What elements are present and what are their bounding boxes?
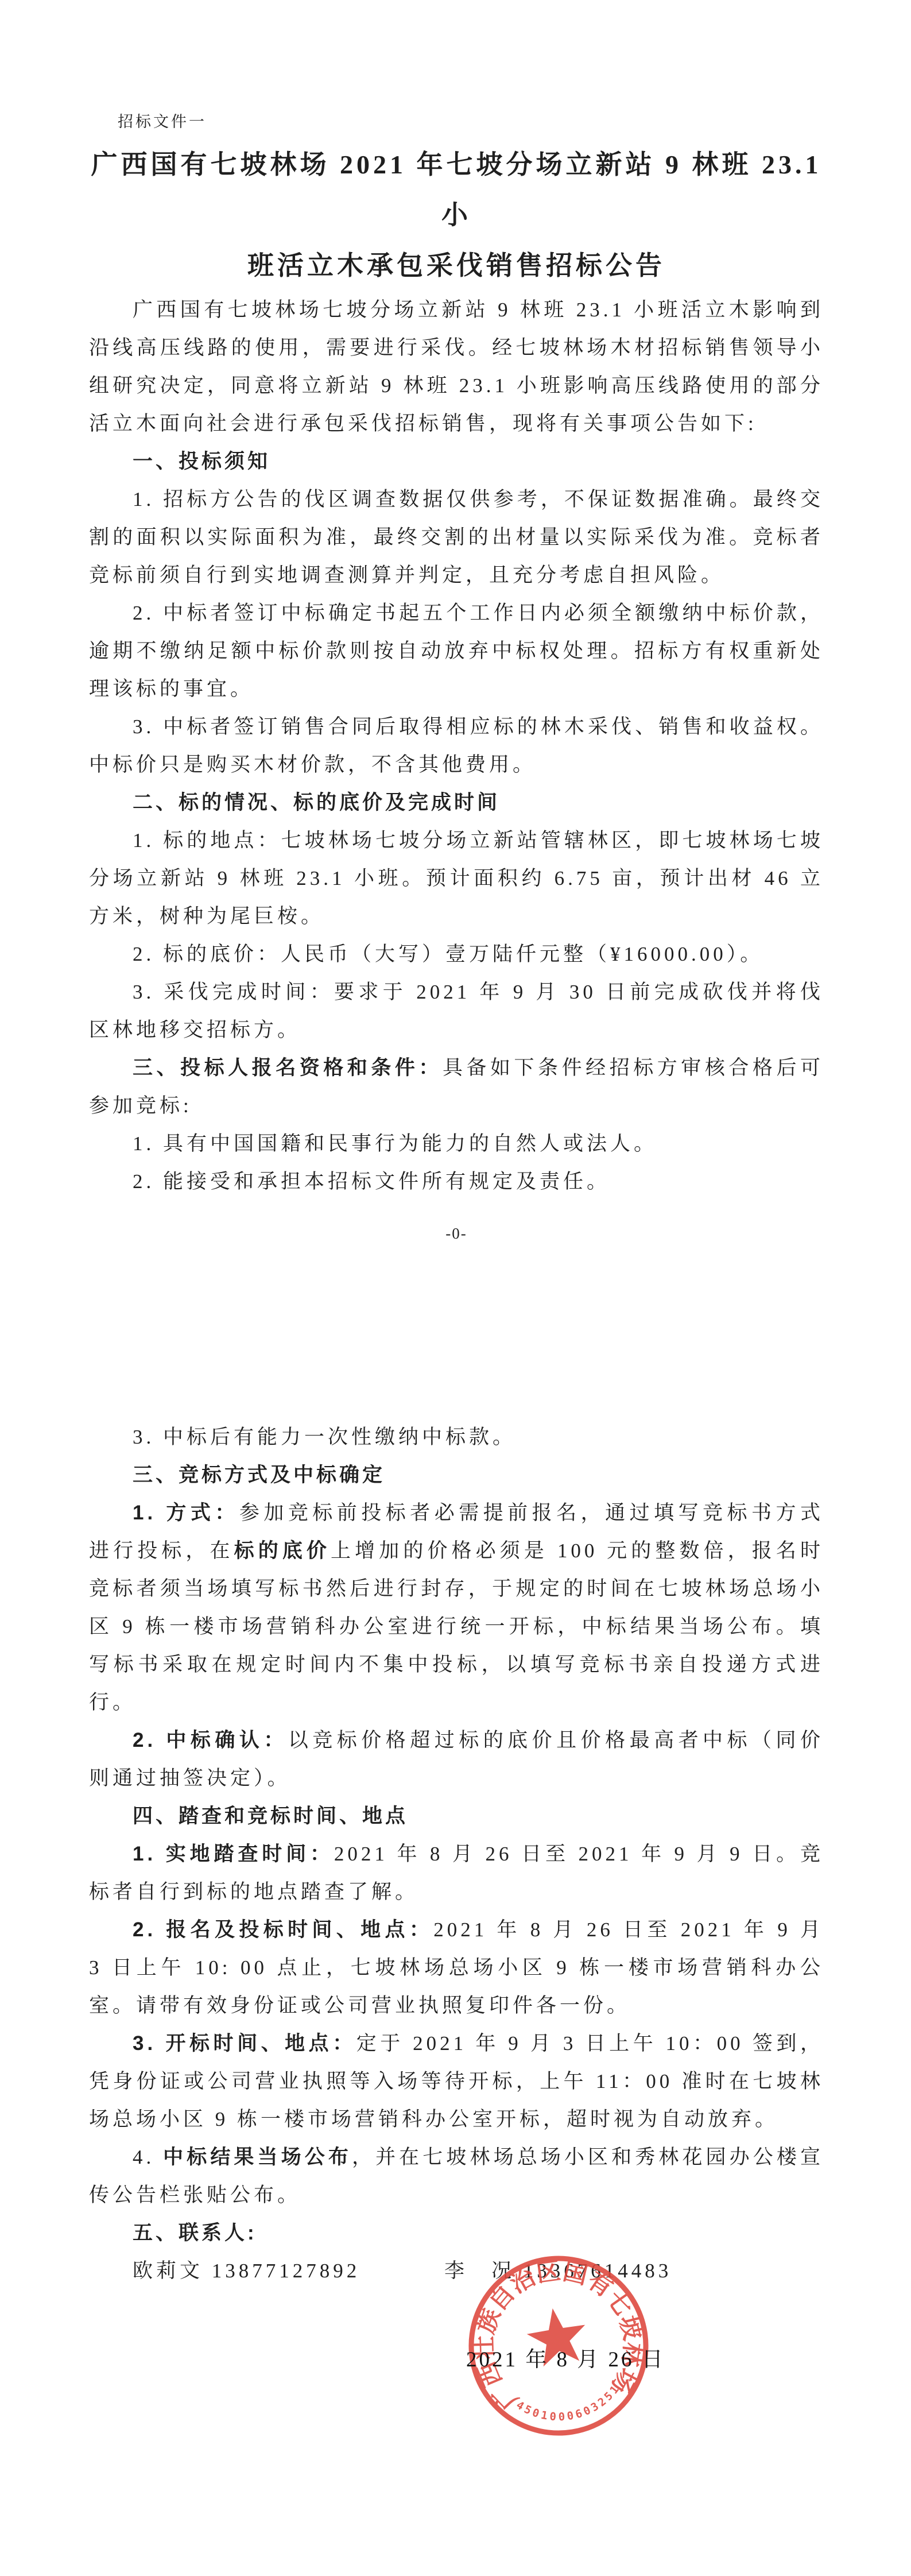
seal-serial-number: 4501000603251 [512, 2380, 627, 2431]
seal-date: 2021 年 8 月 26 日 [466, 2342, 661, 2373]
para-method: 1. 方式：参加竞标前投标者必需提前报名，通过填写竞标书方式进行投标，在标的底价… [89, 1494, 824, 1722]
page-number: -0- [89, 1225, 824, 1243]
para-qualification-1: 1. 具有中国国籍和民事行为能力的自然人或法人。 [89, 1125, 824, 1163]
para-site-survey: 1. 实地踏查时间：2021 年 8 月 26 日至 2021 年 9 月 9 … [89, 1835, 824, 1911]
para-subject-location: 1. 标的地点：七坡林场七坡分场立新站管辖林区，即七坡林场七坡分场立新站 9 林… [89, 822, 824, 935]
para-qualification-3: 3. 中标后有能力一次性缴纳中标款。 [89, 1418, 824, 1456]
para-qualification-2: 2. 能接受和承担本招标文件所有规定及责任。 [89, 1163, 824, 1201]
para-method-lead: 1. 方式： [133, 1502, 239, 1524]
para-method-text-2: 上增加的价格必须是 100 元的整数倍，报名时竞标者须当场填写标书然后进行封存，… [89, 1540, 824, 1714]
para-registration: 2. 报名及投标时间、地点：2021 年 8 月 26 日至 2021 年 9 … [89, 1911, 824, 2025]
para-subject-deadline: 3. 采伐完成时间：要求于 2021 年 9 月 30 日前完成砍伐并将伐区林地… [89, 973, 824, 1049]
scanned-document-page: 招标文件一 广西国有七坡林场 2021 年七坡分场立新站 9 林班 23.1 小… [0, 0, 911, 2576]
document-content: 招标文件一 广西国有七坡林场 2021 年七坡分场立新站 9 林班 23.1 小… [0, 0, 911, 2290]
para-bid-opening: 3. 开标时间、地点：定于 2021 年 9 月 3 日上午 10：00 签到，… [89, 2025, 824, 2138]
heading-bidding-method: 三、竞标方式及中标确定 [89, 1456, 824, 1494]
heading-survey-time-place: 四、踏查和竞标时间、地点 [89, 1797, 824, 1835]
svg-text:4501000603251: 4501000603251 [512, 2380, 627, 2431]
heading-bidder-qualification: 三、投标人报名资格和条件：具备如下条件经招标方审核合格后可参加竞标: [89, 1049, 824, 1125]
para-note-1: 1. 招标方公告的伐区调查数据仅供参考，不保证数据准确。最终交割的面积以实际面积… [89, 481, 824, 594]
para-award-confirm: 2. 中标确认：以竞标价格超过标的底价且价格最高者中标（同价则通过抽签决定）。 [89, 1722, 824, 1797]
para-site-survey-lead: 1. 实地踏查时间： [133, 1843, 334, 1865]
para-note-3: 3. 中标者签订销售合同后取得相应标的林木采伐、销售和收益权。中标价只是购买木材… [89, 708, 824, 784]
para-bid-opening-lead: 3. 开标时间、地点： [133, 2032, 356, 2055]
para-intro: 广西国有七坡林场七坡分场立新站 9 林班 23.1 小班活立木影响到沿线高压线路… [89, 291, 824, 443]
para-result-announcement-num: 4. [133, 2146, 163, 2168]
page-title: 广西国有七坡林场 2021 年七坡分场立新站 9 林班 23.1 小 班活立木承… [89, 140, 824, 291]
doc-label: 招标文件一 [118, 109, 824, 131]
contacts-line: 欧莉文 13877127892 李 况 13367614483 [89, 2252, 824, 2290]
heading-subject-info: 二、标的情况、标的底价及完成时间 [89, 784, 824, 822]
heading-contacts: 五、联系人: [89, 2214, 824, 2252]
heading-bidder-qualification-bold: 三、投标人报名资格和条件： [133, 1057, 443, 1079]
heading-bid-notes: 一、投标须知 [89, 443, 824, 481]
contact-1-phone: 13877127892 [212, 2260, 360, 2282]
page-2-content: 3. 中标后有能力一次性缴纳中标款。 三、竞标方式及中标确定 1. 方式：参加竞… [89, 1418, 824, 2290]
para-method-bold-base-price: 标的底价 [234, 1540, 331, 1562]
contact-1-name: 欧莉文 [133, 2260, 203, 2282]
para-registration-lead: 2. 报名及投标时间、地点： [133, 1919, 433, 1941]
title-line-2: 班活立木承包采伐销售招标公告 [247, 251, 665, 280]
para-result-announcement-bold: 中标结果当场公布 [163, 2146, 352, 2168]
para-result-announcement: 4. 中标结果当场公布，并在七坡林场总场小区和秀林花园办公楼宣传公告栏张贴公布。 [89, 2138, 824, 2214]
para-subject-base-price: 2. 标的底价：人民币（大写）壹万陆仟元整（¥16000.00）。 [89, 935, 824, 973]
para-note-2: 2. 中标者签订中标确定书起五个工作日内必须全额缴纳中标价款，逾期不缴纳足额中标… [89, 594, 824, 708]
title-line-1: 广西国有七坡林场 2021 年七坡分场立新站 9 林班 23.1 小 [91, 150, 822, 230]
para-award-confirm-lead: 2. 中标确认： [133, 1729, 288, 1751]
